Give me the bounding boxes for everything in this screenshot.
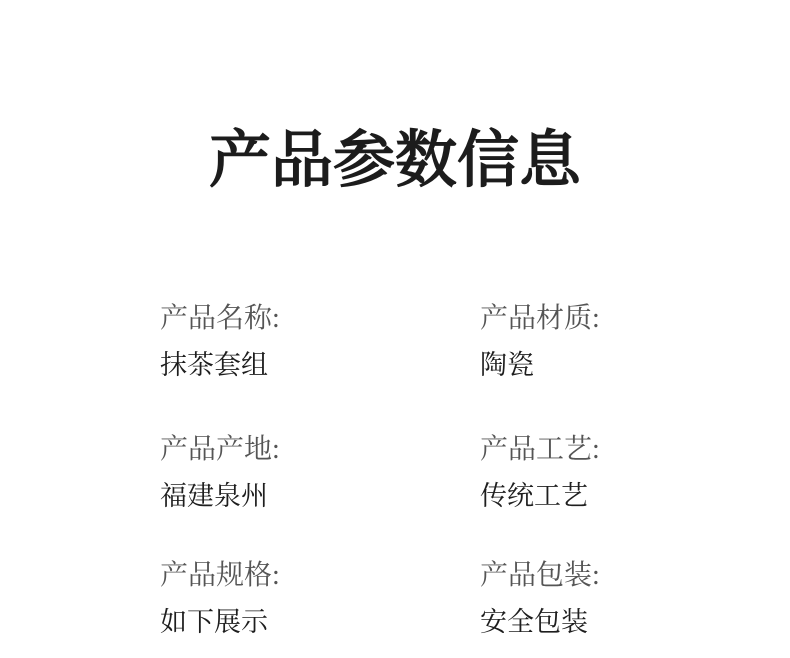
param-origin: 产品产地: 福建泉州 xyxy=(160,433,280,514)
param-label: 产品规格: xyxy=(160,559,280,593)
param-product-name: 产品名称: 抹茶套组 xyxy=(160,302,280,383)
param-value: 陶瓷 xyxy=(480,349,600,383)
param-label: 产品材质: xyxy=(480,302,600,336)
param-value: 安全包装 xyxy=(480,606,600,640)
param-label: 产品工艺: xyxy=(480,433,600,467)
param-value: 传统工艺 xyxy=(480,480,600,514)
param-label: 产品产地: xyxy=(160,433,280,467)
param-value: 福建泉州 xyxy=(160,480,280,514)
param-craft: 产品工艺: 传统工艺 xyxy=(480,433,600,514)
page-title: 产品参数信息 xyxy=(0,122,790,198)
param-label: 产品名称: xyxy=(160,302,280,336)
param-label: 产品包装: xyxy=(480,559,600,593)
param-packaging: 产品包装: 安全包装 xyxy=(480,559,600,640)
param-spec: 产品规格: 如下展示 xyxy=(160,559,280,640)
param-material: 产品材质: 陶瓷 xyxy=(480,302,600,383)
param-value: 抹茶套组 xyxy=(160,349,280,383)
param-value: 如下展示 xyxy=(160,606,280,640)
